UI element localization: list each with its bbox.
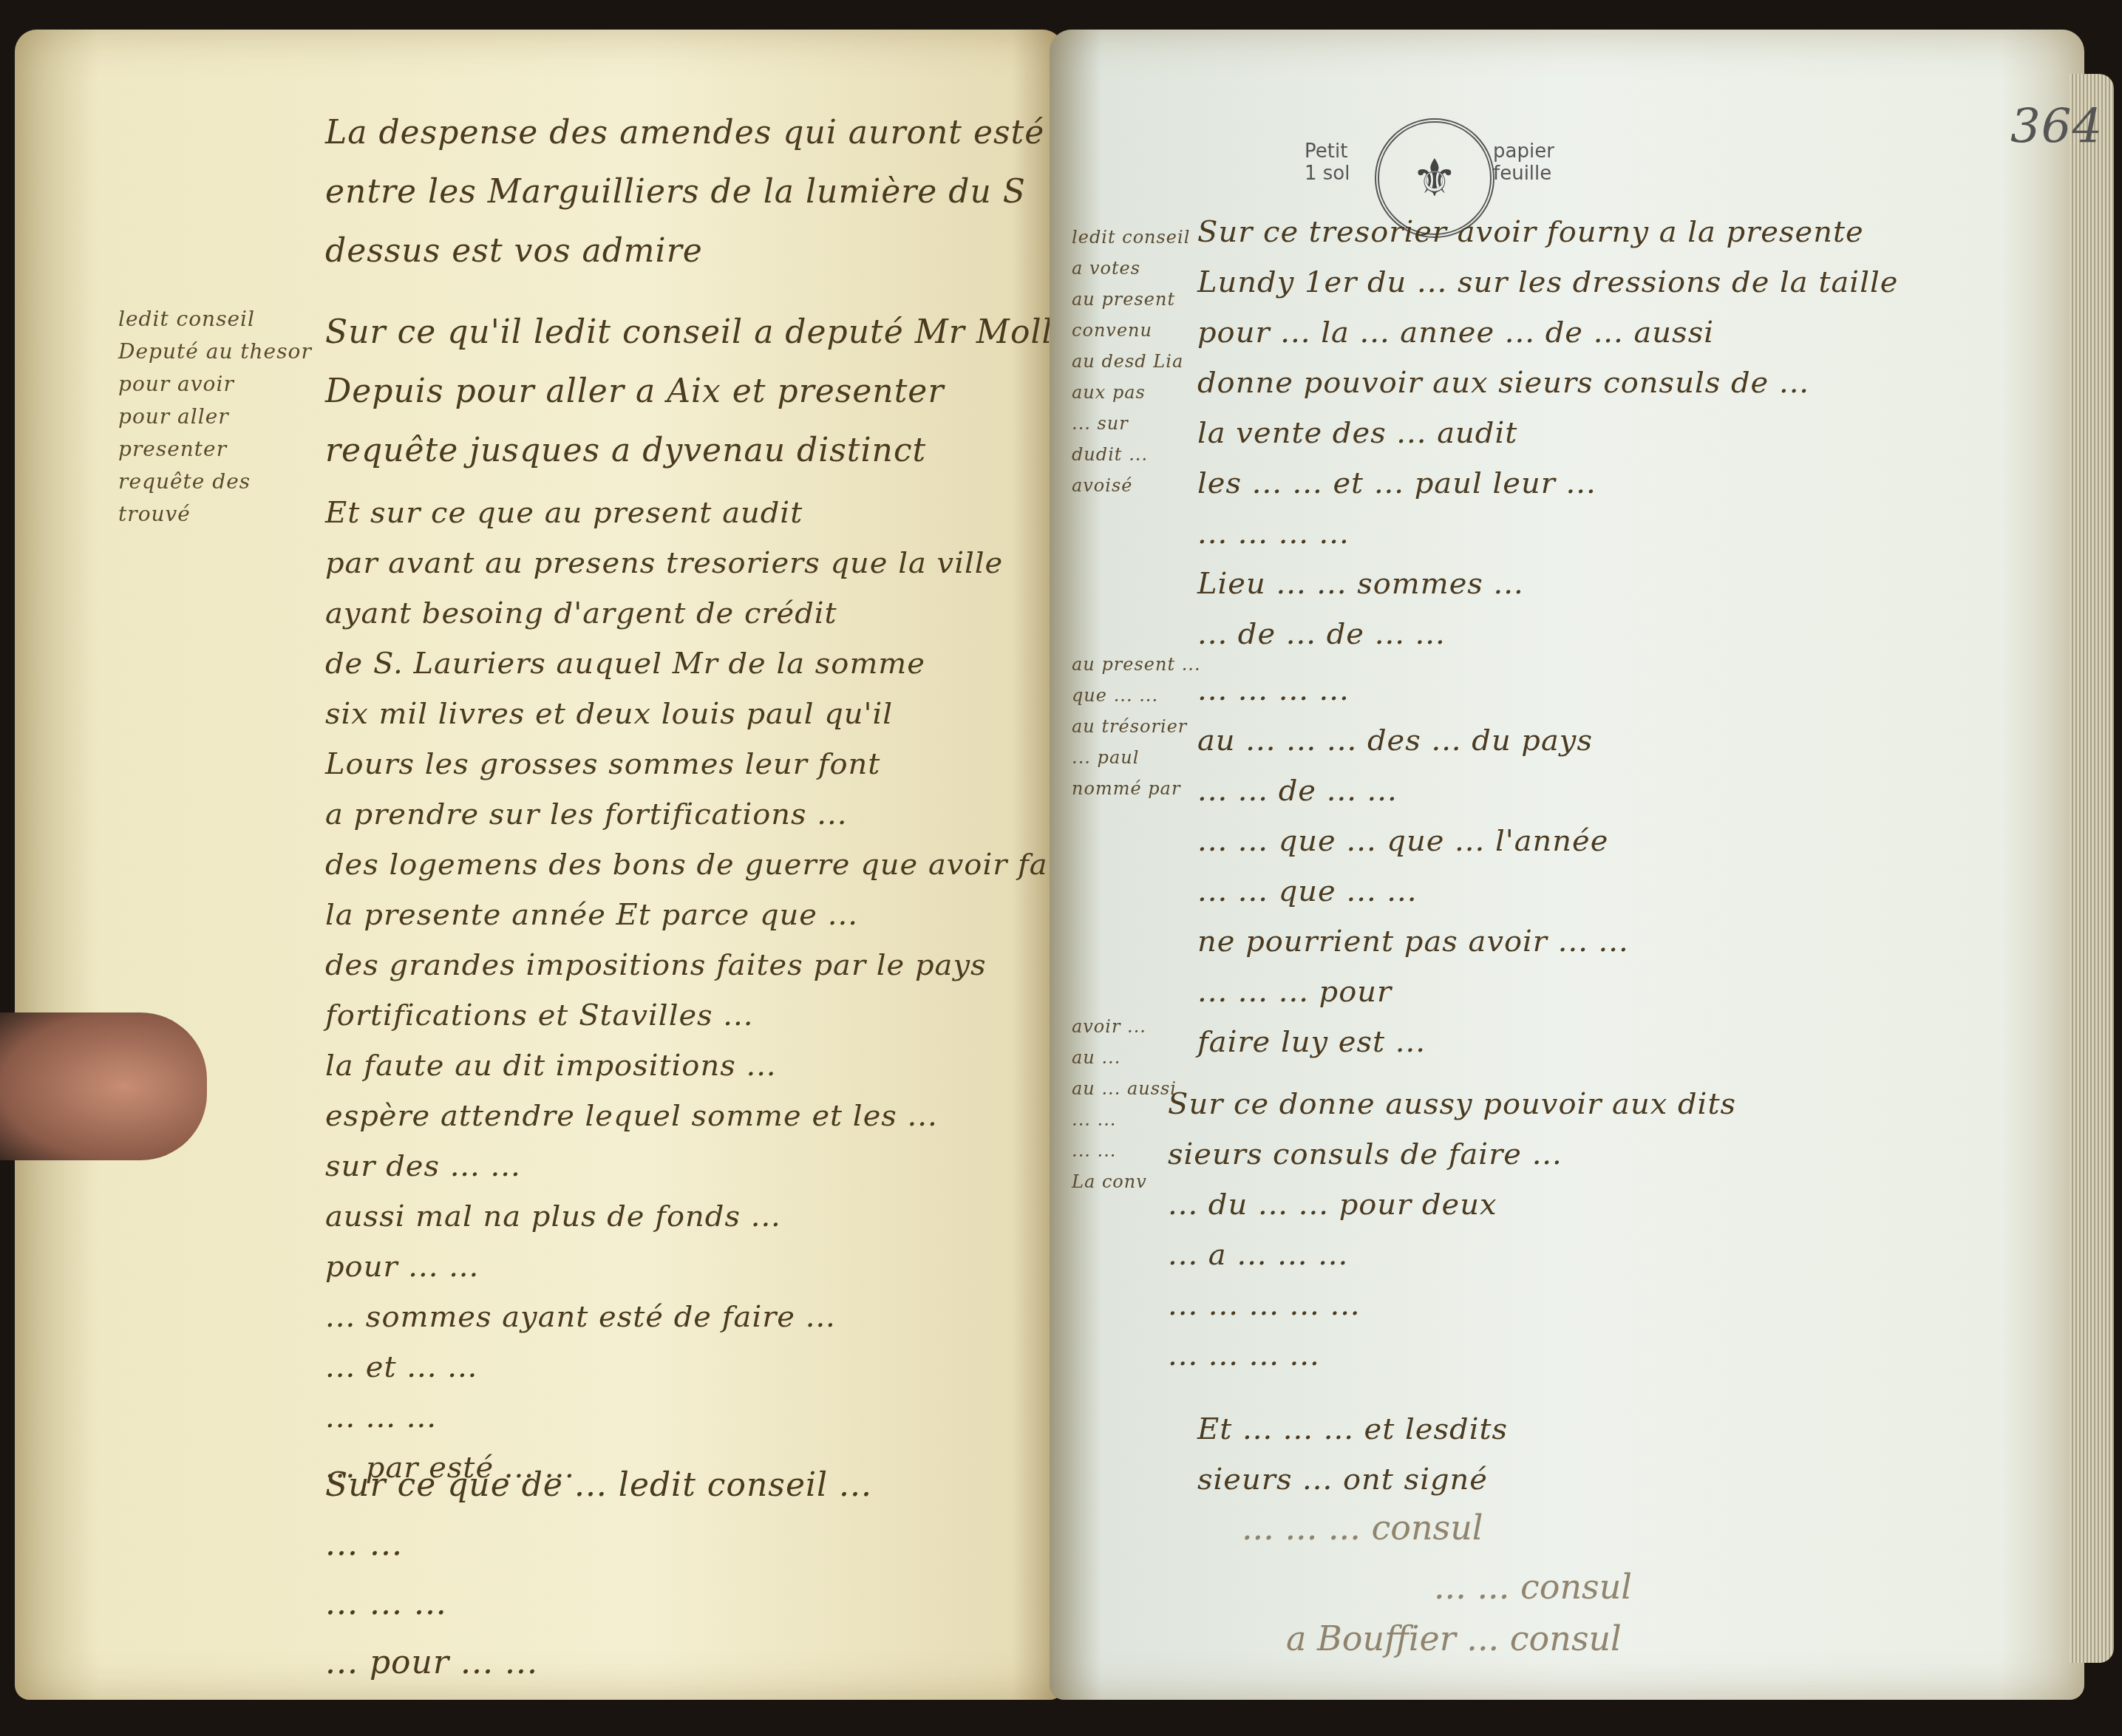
holding-thumb xyxy=(0,1012,207,1160)
margin-note: Deputé au thesor xyxy=(118,336,312,368)
text-line: des logemens des bons de guerre que avoi… xyxy=(325,840,1088,890)
right-paragraph-3: Sur ce donne aussy pouvoir aux dits sieu… xyxy=(1168,1079,1736,1381)
text-line: sur des ... ... xyxy=(325,1141,1088,1191)
right-paragraph-4: Et ... ... ... et lesdits sieurs ... ont… xyxy=(1197,1404,1508,1505)
text-line: pour ... ... xyxy=(325,1242,1088,1292)
text-line: Lundy 1er du ... sur les dressions de la… xyxy=(1197,257,1898,307)
margin-note: convenu xyxy=(1072,315,1201,346)
margin-note: pour aller xyxy=(118,401,312,433)
text-line: Depuis pour aller a Aix et presenter xyxy=(325,362,1173,421)
text-line: ... de ... de ... ... xyxy=(1197,609,1898,659)
text-line: sieurs ... ont signé xyxy=(1197,1454,1508,1505)
text-line: a prendre sur les fortifications ... xyxy=(325,789,1088,840)
text-line: Et sur ce que au present audit xyxy=(325,488,1088,538)
text-line: ... ... xyxy=(325,1515,872,1574)
text-line: ... ... ... ... xyxy=(1197,665,1629,715)
text-line: ... ... que ... ... xyxy=(1197,866,1629,916)
margin-note: requête des xyxy=(118,466,312,498)
left-paragraph-2: Et sur ce que au present audit par avant… xyxy=(325,488,1088,1493)
margin-note: ... sur xyxy=(1072,408,1201,439)
margin-note: dudit ... xyxy=(1072,439,1201,470)
text-line: ... ... ... ... xyxy=(1168,1330,1736,1381)
text-line: ne pourrient pas avoir ... ... xyxy=(1197,916,1629,967)
margin-note: trouvé xyxy=(118,498,312,531)
text-line: ... du ... ... pour deux xyxy=(1168,1180,1736,1230)
text-line: donne pouvoir aux sieurs consuls de ... xyxy=(1197,358,1898,408)
margin-note: avoisé xyxy=(1072,470,1201,501)
text-line: Lieu ... ... sommes ... xyxy=(1197,559,1898,609)
signature-1: ... ... ... consul xyxy=(1242,1508,1483,1548)
stamp-left-text: Petit1 sol xyxy=(1305,140,1350,185)
text-line: Sur ce que de ... ledit conseil ... xyxy=(325,1456,872,1515)
margin-note: que ... ... xyxy=(1072,680,1201,711)
text-line: au ... ... ... des ... du pays xyxy=(1197,715,1629,766)
text-line: la presente année Et parce que ... xyxy=(325,890,1088,940)
text-line: aussi mal na plus de fonds ... xyxy=(325,1191,1088,1242)
margin-note: au present ... xyxy=(1072,649,1201,680)
margin-note: au desd Lia xyxy=(1072,346,1201,377)
text-line: ... ... de ... ... xyxy=(1197,766,1629,816)
text-line: ... ... ... ... xyxy=(1197,508,1898,559)
page-edges xyxy=(2070,74,2114,1663)
text-line: ... pour ... ... xyxy=(325,1633,872,1692)
margin-note: pour avoir xyxy=(118,368,312,401)
text-line: ... ... ... pour xyxy=(1197,967,1629,1017)
text-line: de S. Lauriers auquel Mr de la somme xyxy=(325,639,1088,689)
margin-note: aux pas xyxy=(1072,377,1201,408)
text-line: Sur ce tresorier avoir fourny a la prese… xyxy=(1197,207,1898,257)
signature-3: a Bouffier ... consul xyxy=(1286,1618,1622,1658)
text-line: Lours les grosses sommes leur font xyxy=(325,739,1088,789)
text-line: la vente des ... audit xyxy=(1197,408,1898,458)
left-paragraph-3: Sur ce que de ... ledit conseil ... ... … xyxy=(325,1456,872,1692)
margin-note: presenter xyxy=(118,433,312,466)
text-line: Et ... ... ... et lesdits xyxy=(1197,1404,1508,1454)
left-margin-notes: ledit conseil Deputé au thesor pour avoi… xyxy=(118,303,312,531)
text-line: sieurs consuls de faire ... xyxy=(1168,1129,1736,1180)
signature-2: ... ... consul xyxy=(1434,1567,1632,1607)
text-line: Sur ce donne aussy pouvoir aux dits xyxy=(1168,1079,1736,1129)
margin-note: nommé par xyxy=(1072,773,1201,804)
text-line: ... ... ... xyxy=(325,1574,872,1633)
stamp-right-text: papierfeuille xyxy=(1493,140,1554,185)
text-line: pour ... la ... annee ... de ... aussi xyxy=(1197,307,1898,358)
text-line: ... ... ... xyxy=(325,1392,1088,1443)
text-line: ... ... que ... que ... l'année xyxy=(1197,816,1629,866)
text-line: la faute au dit impositions ... xyxy=(325,1041,1088,1091)
text-line: requête jusques a dyvenau distinct xyxy=(325,421,1173,480)
open-book: La despense des amendes qui auront esté … xyxy=(15,30,2114,1722)
margin-note: ledit conseil xyxy=(1072,222,1201,253)
folio-number: 364 xyxy=(2010,100,2103,154)
text-line: ... a ... ... ... xyxy=(1168,1230,1736,1280)
text-line: ... sommes ayant esté de faire ... xyxy=(325,1292,1088,1342)
right-paragraph-2: ... ... ... ... au ... ... ... des ... d… xyxy=(1197,665,1629,1067)
text-line: fortifications et Stavilles ... xyxy=(325,990,1088,1041)
text-line: faire luy est ... xyxy=(1197,1017,1629,1067)
left-paragraph-1: Sur ce qu'il ledit conseil a deputé Mr M… xyxy=(325,303,1173,480)
left-page: La despense des amendes qui auront esté … xyxy=(15,30,1064,1700)
text-line: espère attendre lequel somme et les ... xyxy=(325,1091,1088,1141)
text-line: six mil livres et deux louis paul qu'il xyxy=(325,689,1088,739)
right-margin-notes: ledit conseil a votes au present convenu… xyxy=(1072,222,1201,1197)
text-line: des grandes impositions faites par le pa… xyxy=(325,940,1088,990)
text-line: ... ... ... ... ... xyxy=(1168,1280,1736,1330)
text-line: ... et ... ... xyxy=(325,1342,1088,1392)
text-line: ayant besoing d'argent de crédit xyxy=(325,588,1088,639)
text-line: par avant au presens tresoriers que la v… xyxy=(325,538,1088,588)
margin-note: a votes xyxy=(1072,253,1201,284)
margin-note: au ... xyxy=(1072,1042,1201,1073)
right-paragraph-1: Sur ce tresorier avoir fourny a la prese… xyxy=(1197,207,1898,659)
margin-note: ... paul xyxy=(1072,742,1201,773)
text-line: Sur ce qu'il ledit conseil a deputé Mr M… xyxy=(325,303,1173,362)
text-line: les ... ... et ... paul leur ... xyxy=(1197,458,1898,508)
margin-note: avoir ... xyxy=(1072,1011,1201,1042)
margin-note: au trésorier xyxy=(1072,711,1201,742)
margin-note: au present xyxy=(1072,284,1201,315)
margin-note: ledit conseil xyxy=(118,303,312,336)
